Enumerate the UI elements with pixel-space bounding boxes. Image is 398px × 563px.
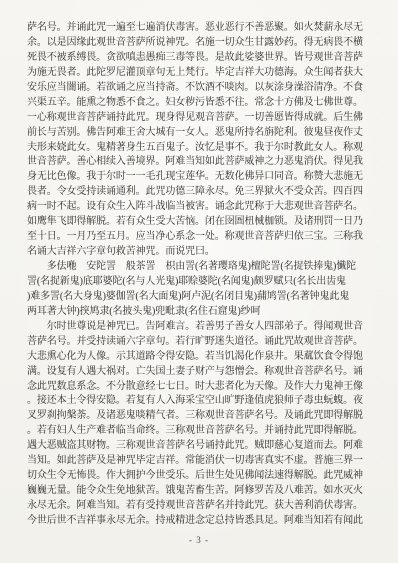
sutra-text-line: 巍巍无量。能令众生免地狱苦。饿鬼苦畜生苦。阿修罗苦及八难苦。如水灭火: [27, 484, 373, 499]
sutra-text-line: 菩萨名号。并受持读诵六字章句。若行旷野迷失道径。诵此咒故观世音菩萨。: [27, 335, 373, 350]
sutra-text-line: 两耳著大钟)揬鸠隶(名披头鬼)兜毗隶(名住石窟鬼)纱呵: [27, 305, 373, 320]
sutra-text-line: 。若有妇人生产难者临当命终。三称观世音菩萨名号。并诵持此咒即得解脱。: [27, 424, 373, 439]
sutra-text-line: 萨名号。并诵此咒一遍至七遍消伏毒害。恶业恶行不善恶聚。如火焚薪永尽无: [27, 21, 373, 36]
sutra-text-line: 詈(名捉新鬼)底耶婆陀(名与人光鬼)耶赊婆陀(名闻鬼)颇罗赋只(名长出齿鬼: [27, 275, 373, 290]
sutra-text-line: 大悲熏心化为人像。示其道路令得安隐。若当饥渴化作泉井。果蓏饮食令得饱: [27, 350, 373, 365]
sutra-text-line: 为施无畏者。此陀罗尼灌顶章句无上梵行。毕定吉祥大功德海。众生闻者获大: [27, 66, 373, 81]
sutra-text-line: 遇大恶贼盗其财物。三称观世音菩萨名号诵持此咒。贼即慈心复道而去。阿难: [27, 439, 373, 454]
sutra-text-line: 一心称观世音菩萨诵持此咒。现身得见观音菩萨。一切善愿皆得成就。后生佛: [27, 111, 373, 126]
scanned-sutra-page: 萨名号。并诵此咒一遍至七遍消伏毒害。恶业恶行不善恶聚。如火焚薪永尽无余。以是因缘…: [0, 0, 398, 563]
sutra-text-line: 名诵大吉祥六字章句救苦神咒。而说咒曰。: [27, 245, 373, 260]
sutra-text-line: 畏者。令女受持读诵通利。此咒功德三障永尽。免三界狱火不受众苦。四百四: [27, 185, 373, 200]
sutra-text-line: 世音菩萨。善心相续入善境界。阿难当知如此菩萨威神之力恶鬼消伏。得见我: [27, 155, 373, 170]
sutra-text-line: 死畏不被系缚畏。贪欲嗔恚愚痴三毒等畏。是故此娑婆世界。皆号观世音菩萨: [27, 51, 373, 66]
sutra-text-line: 兴渠五辛。能熏之物悉不食之。妇女秽污皆悉不往。常念十方佛及七佛世尊。: [27, 96, 373, 111]
sutra-text-line: )难多詈(名大身鬼)婆伽詈(名大面鬼)阿卢泥(名闭目鬼)蒱鸠詈(名著钟鬼此鬼: [27, 290, 373, 305]
sutra-text-line: 前长与苦别。佛告阿难王舍大城有一女人。恶鬼所持名旃陀利。彼鬼昼夜作丈: [27, 126, 373, 141]
sutra-text-line: 如鹰隼飞即得解脱。若有众生受大苦恼。闭在囹圄杻械枷锁。及诸刑罚一日乃: [27, 215, 373, 230]
sutra-text-line: 余。以是因缘此观世音菩萨所说神咒。名施一切众生甘露妙药。得无病畏不横: [27, 36, 373, 51]
sutra-text-line: 永尽无余。阿难当知。若有受持观世音菩萨名并持此咒。获大善利消伏毒害。: [27, 499, 373, 514]
sutra-text-block: 萨名号。并诵此咒一遍至七遍消伏毒害。恶业恶行不善恶聚。如火焚薪永尽无余。以是因缘…: [27, 21, 373, 529]
page-number: - 3 -: [0, 535, 398, 545]
sutra-text-line: 至十日。一月乃至五月。应当净心系念一处。称观世音菩萨归依三宝。三称我: [27, 230, 373, 245]
sutra-text-line: 叉罗刹拘槃荼。及诸恶鬼啖精气者。三称观世音菩萨名号。及诵此咒即得解脱: [27, 409, 373, 424]
sutra-text-line: 安乐应当闇诵。若欲诵之应当持斋。不饮酒不啖肉。以灰涂身澡浴清净。不食: [27, 81, 373, 96]
sutra-text-line: 夫形来娆此女。鬼精著身生五百鬼子。汝忆是事不。我于尔时教此女人。称观: [27, 141, 373, 156]
sutra-text-line: 满。设复有人遇大祸对。亡失国土妻子财产与怨憎会。称观世音菩萨名号。诵: [27, 365, 373, 380]
sutra-text-line: 。接还本土令得安隐。若复有人入海采宝空山旷野逢值虎狼师子毒虫蚖蝮。夜: [27, 394, 373, 409]
sutra-text-line: 身无比色像。我于尔时一一毛孔现宝莲华。无数化佛异口同音。称赞大悲施无: [27, 170, 373, 185]
sutra-text-line: 念此咒数息系念。不分散意经七七日。时大悲者化为天像。及作大力鬼神王像: [27, 380, 373, 395]
sutra-text-line: 切众生令无怖畏。作大拥护今世受乐。后世生处见佛闻法速得解脱。此咒威神: [27, 469, 373, 484]
sutra-text-line: 病一时不起。设有众生入阵斗战临当被害。诵念此咒称于大悲观世音菩萨名。: [27, 200, 373, 215]
sutra-text-line: 尔时世尊说是神咒已。告阿难言。若善男子善女人四部弟子。得闻观世音: [27, 320, 373, 335]
sutra-text-line: 当知。如此菩萨及是神咒毕定吉祥。常能消伏一切毒害真实不虚。普施三界一: [27, 454, 373, 469]
sutra-text-line: 今世后世不吉祥事永尽无余。持戒精进念定总持皆悉具足。阿难当知若有闻此: [27, 514, 373, 529]
sutra-text-line: 多佉咃 安陀詈 般茶詈 枳由詈(名著璎珞鬼)檀陀詈(名捉铁捧鬼)懴陀: [27, 260, 373, 275]
